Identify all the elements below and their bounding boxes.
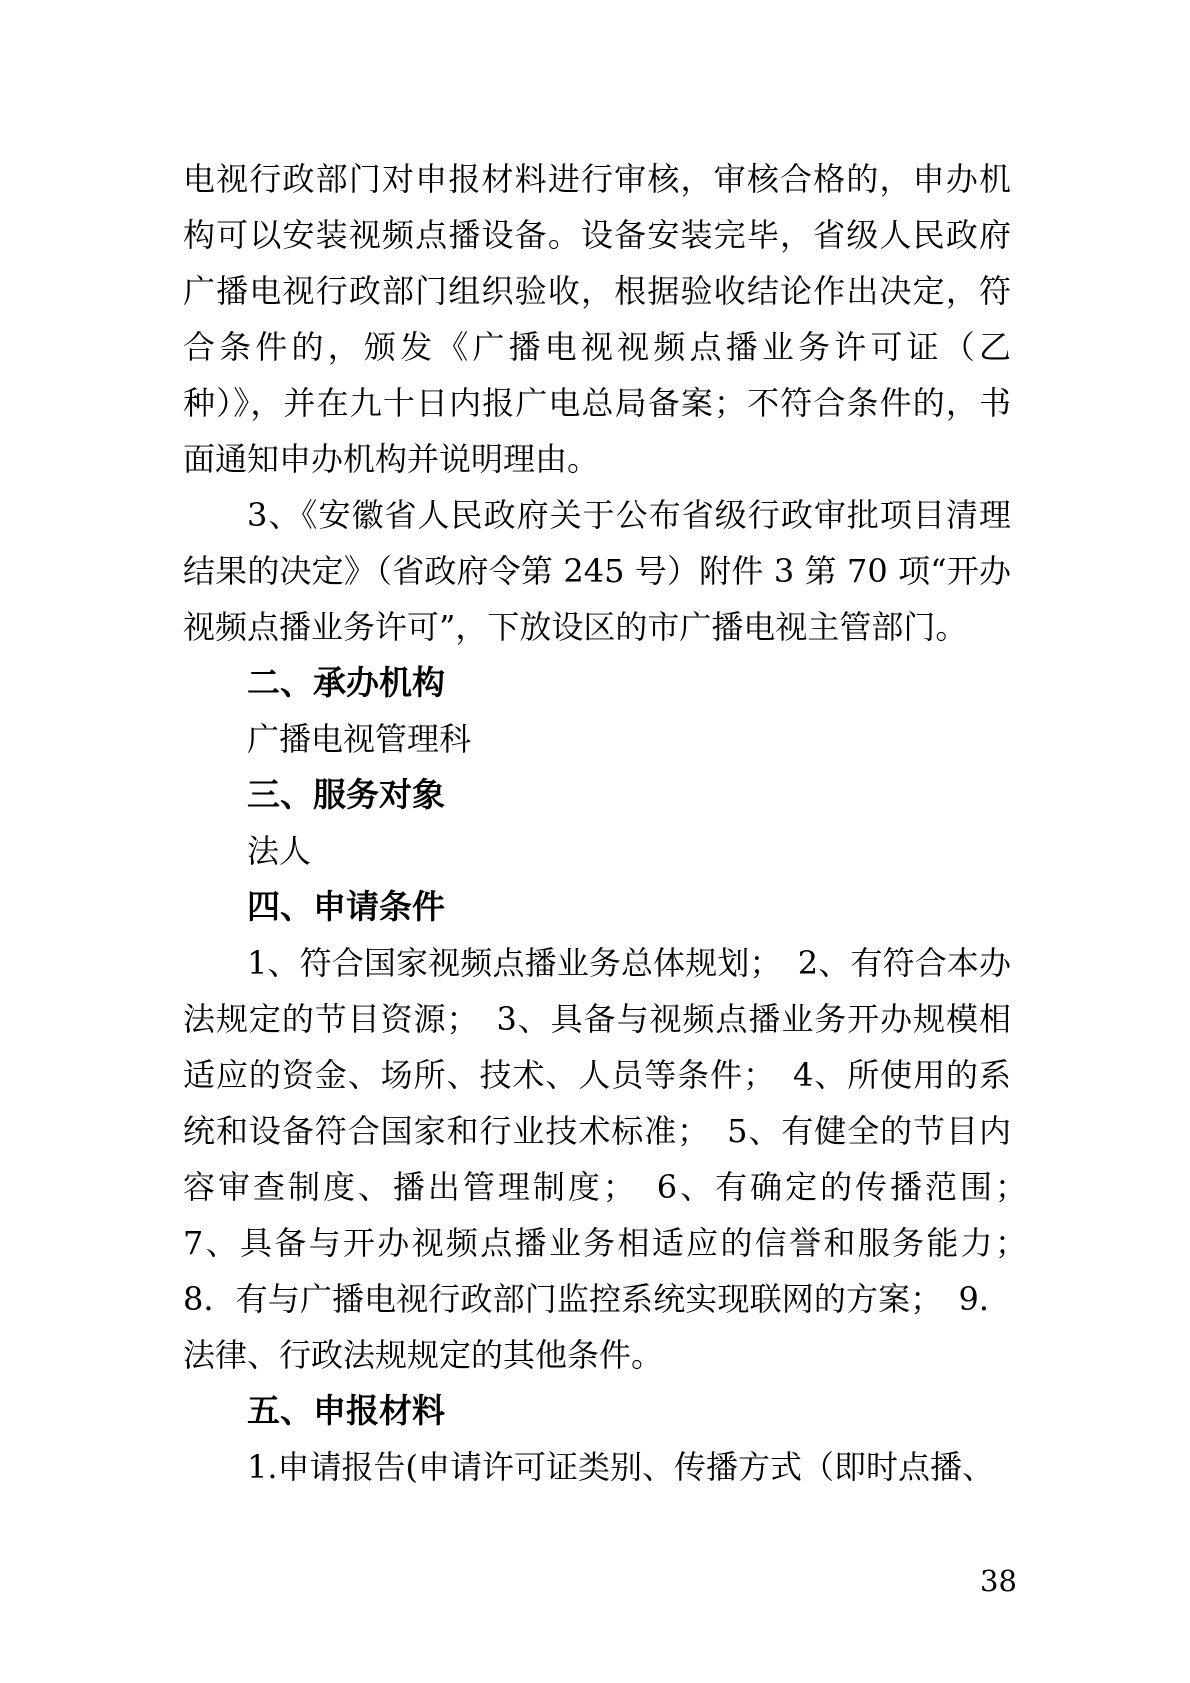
heading-section-3-service-target: 三、服务对象 (183, 767, 1011, 823)
paragraph-service-target: 法人 (183, 823, 1011, 879)
document-page: 电视行政部门对申报材料进行审核，审核合格的，申办机构可以安装视频点播设备。设备安… (0, 0, 1190, 1683)
heading-section-2-undertaking-agency: 二、承办机构 (183, 655, 1011, 711)
paragraph-application-conditions: 1、符合国家视频点播业务总体规划； 2、有符合本办法规定的节目资源； 3、具备与… (183, 935, 1011, 1383)
paragraph-legal-basis-item-3: 3、《安徽省人民政府关于公布省级行政审批项目清理结果的决定》（省政府令第 245… (183, 487, 1011, 655)
paragraph-application-materials-item-1: 1.申请报告(申请许可证类别、传播方式（即时点播、 (183, 1439, 1011, 1495)
page-number: 38 (980, 1567, 1017, 1596)
paragraph-review-procedure: 电视行政部门对申报材料进行审核，审核合格的，申办机构可以安装视频点播设备。设备安… (183, 151, 1011, 487)
document-text-block: 电视行政部门对申报材料进行审核，审核合格的，申办机构可以安装视频点播设备。设备安… (183, 151, 1011, 1495)
paragraph-undertaking-agency: 广播电视管理科 (183, 711, 1011, 767)
heading-section-4-application-conditions: 四、申请条件 (183, 879, 1011, 935)
heading-section-5-application-materials: 五、申报材料 (183, 1383, 1011, 1439)
